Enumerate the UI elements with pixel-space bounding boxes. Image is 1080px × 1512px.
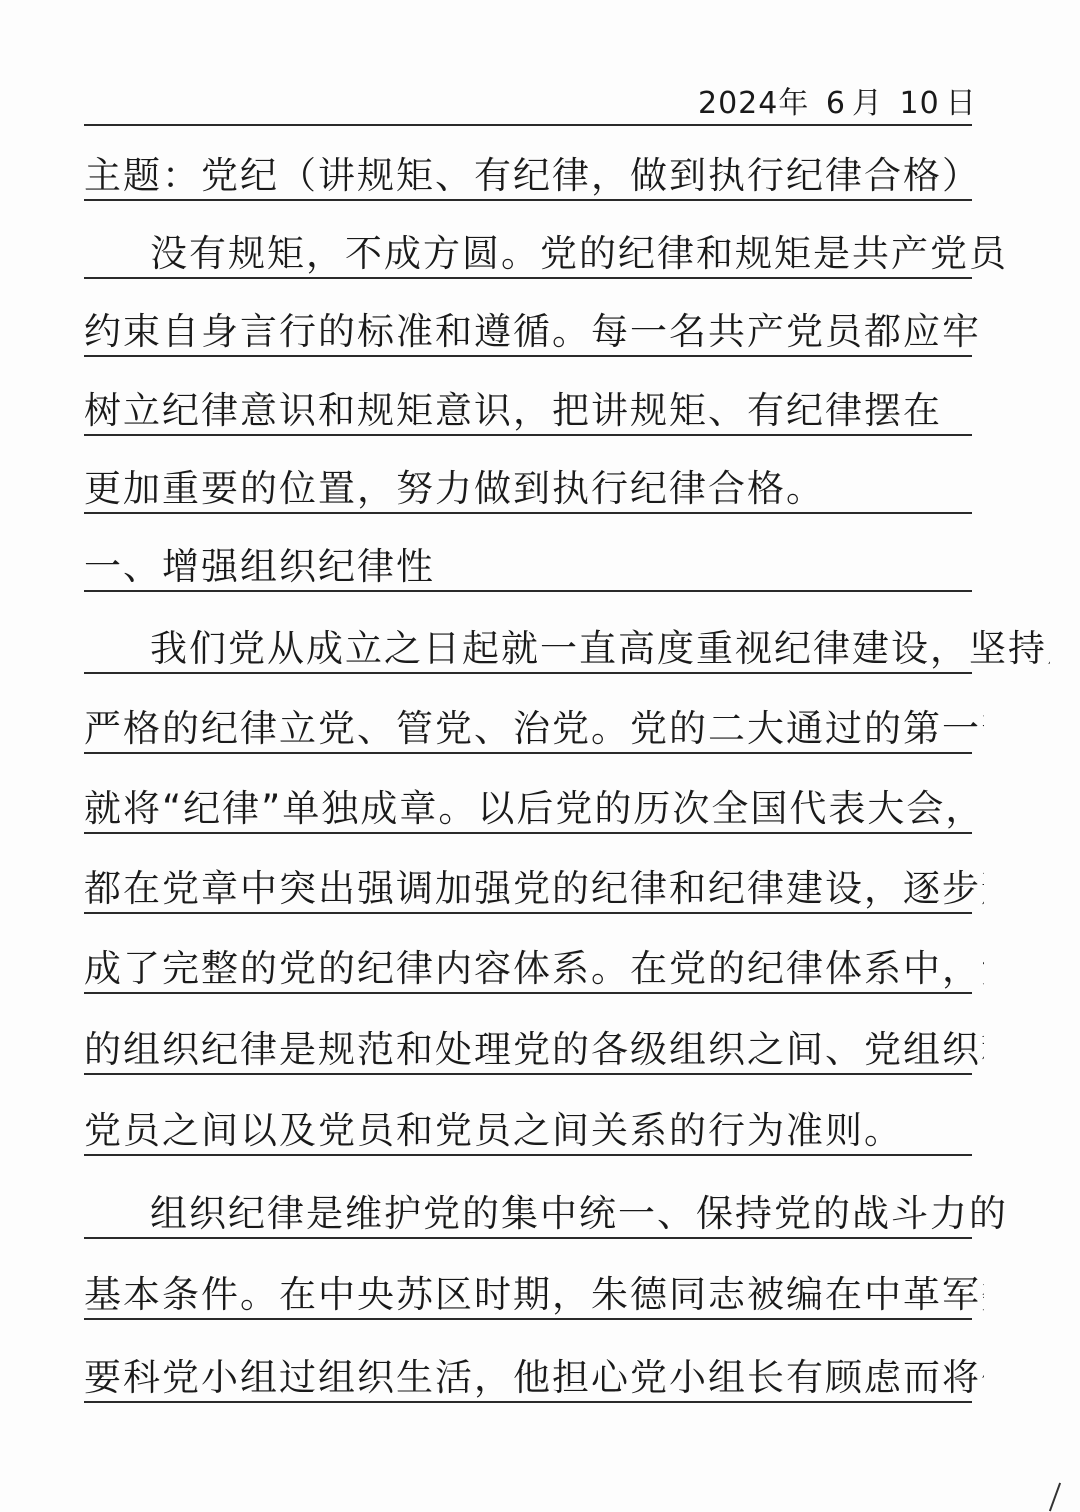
page-edge-mark	[1049, 1483, 1061, 1512]
ruled-line	[84, 355, 972, 357]
ruled-line	[84, 1318, 972, 1320]
paragraph-line: 的组织纪律是规范和处理党的各级组织之间、党组织和	[84, 1028, 984, 1072]
ruled-line	[84, 1154, 972, 1156]
section-heading: 一、增强组织纪律性	[84, 545, 984, 589]
paragraph-line: 我们党从成立之日起就一直高度重视纪律建设，坚持用	[84, 627, 1050, 671]
ruled-line	[84, 1401, 972, 1403]
ruled-line	[84, 434, 972, 436]
ruled-line	[84, 672, 972, 674]
ruled-line	[84, 1237, 972, 1239]
paragraph-line: 树立纪律意识和规矩意识，把讲规矩、有纪律摆在	[84, 389, 984, 433]
handwritten-notebook-page: 2024年 6月 10日 主题：党纪（讲规矩、有纪律，做到执行纪律合格） 没有规…	[0, 0, 1080, 1512]
paragraph-line: 基本条件。在中央苏区时期，朱德同志被编在中革军委机	[84, 1273, 984, 1317]
ruled-line	[84, 1073, 972, 1075]
date-month: 6	[826, 86, 846, 121]
date-day-unit: 日	[946, 78, 977, 122]
paragraph-line: 党员之间以及党员和党员之间关系的行为准则。	[84, 1109, 984, 1153]
ruled-line	[84, 752, 972, 754]
document-title: 主题：党纪（讲规矩、有纪律，做到执行纪律合格）	[84, 154, 984, 198]
paragraph-line: 都在党章中突出强调加强党的纪律和纪律建设，逐步形	[84, 867, 984, 911]
paragraph-line: 组织纪律是维护党的集中统一、保持党的战斗力的	[84, 1192, 1050, 1236]
paragraph-line: 严格的纪律立党、管党、治党。党的二大通过的第一部党章，	[84, 707, 984, 751]
paragraph-line: 要科党小组过组织生活，他担心党小组长有顾虑而将他	[84, 1356, 984, 1400]
ruled-line	[84, 277, 972, 279]
ruled-line	[84, 992, 972, 994]
date-header: 2024年 6月 10日	[698, 78, 977, 122]
date-month-unit: 月	[852, 78, 883, 122]
date-year: 2024	[698, 86, 778, 121]
paragraph-line: 就将“纪律”单独成章。以后党的历次全国代表大会，基本	[84, 787, 984, 831]
ruled-line	[84, 832, 972, 834]
date-day: 10	[900, 86, 940, 121]
paragraph-line: 成了完整的党的纪律内容体系。在党的纪律体系中，党	[84, 947, 984, 991]
ruled-line	[84, 124, 972, 126]
ruled-line	[84, 512, 972, 514]
ruled-line	[84, 590, 972, 592]
paragraph-line: 更加重要的位置，努力做到执行纪律合格。	[84, 467, 984, 511]
ruled-line	[84, 912, 972, 914]
date-year-unit: 年	[778, 78, 809, 122]
ruled-line	[84, 199, 972, 201]
paragraph-line: 约束自身言行的标准和遵循。每一名共产党员都应牢固	[84, 310, 984, 354]
paragraph-line: 没有规矩，不成方圆。党的纪律和规矩是共产党员	[84, 232, 1050, 276]
